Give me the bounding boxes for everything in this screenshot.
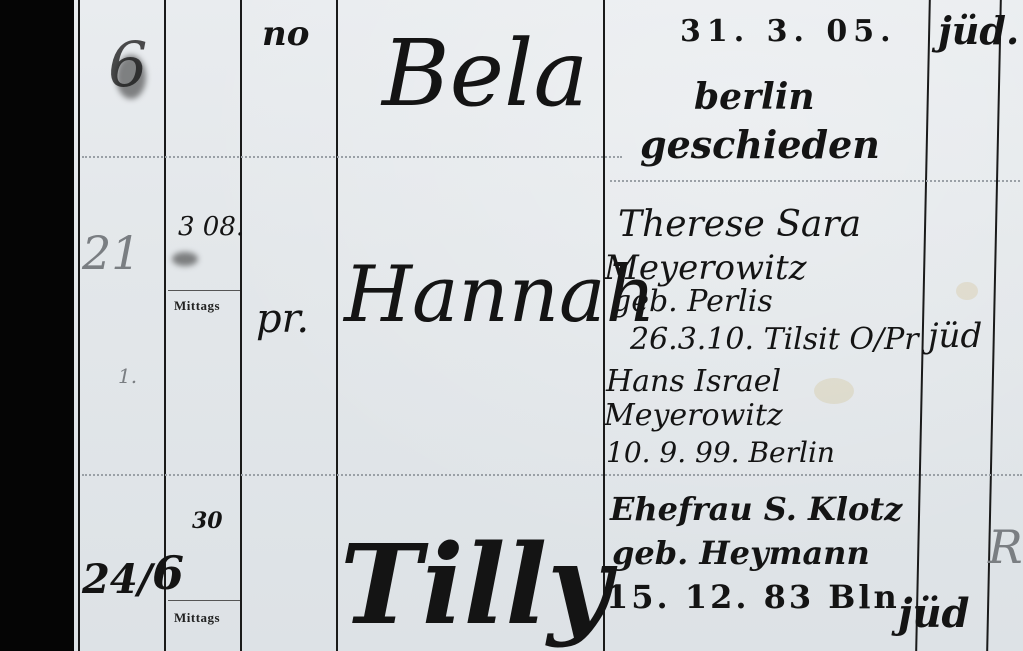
paper-stain — [814, 378, 854, 404]
religion: jüd — [898, 590, 970, 637]
row-separator — [82, 156, 622, 158]
religion: jüd — [928, 316, 982, 356]
note-line: geschieden — [640, 122, 880, 167]
ink-blot — [172, 252, 198, 266]
entry-sub-number: 1. — [118, 364, 137, 388]
entry-number: 21 — [82, 226, 141, 280]
row-separator — [82, 474, 1022, 476]
column-rule — [240, 0, 242, 651]
note-line: 10. 9. 99. Berlin — [606, 436, 835, 469]
note-line: geb. Heymann — [612, 534, 870, 572]
time-subline — [168, 600, 240, 601]
note-line: Meyerowitz — [604, 248, 807, 288]
row-separator — [610, 180, 1020, 182]
margin-mark: R — [988, 520, 1023, 574]
note-line: berlin — [694, 76, 815, 118]
note-line: Hans Israel — [606, 364, 781, 399]
note-line: Ehefrau S. Klotz — [610, 490, 902, 528]
note-line: geb. Perlis — [612, 284, 773, 319]
first-name: Bela — [382, 20, 588, 127]
mittags-label: Mittags — [174, 610, 220, 626]
time-subline — [168, 290, 240, 291]
note-line: Meyerowitz — [604, 398, 783, 433]
time-value: 3 08. — [178, 212, 244, 242]
status-mark: no — [262, 14, 309, 54]
note-line: 26.3.10. Tilsit O/Pr — [630, 322, 919, 357]
religion: jüd. — [938, 8, 1019, 53]
note-line: Therese Sara — [618, 204, 861, 245]
time-minutes: 30 — [192, 508, 223, 534]
entry-number: 24/ — [82, 556, 152, 603]
status-mark: pr. — [256, 296, 309, 342]
column-rule — [78, 0, 80, 651]
entry-number: 6 — [108, 28, 147, 101]
column-rule — [336, 0, 338, 651]
paper-stain — [956, 282, 978, 300]
note-line: 15. 12. 83 Bln — [606, 578, 900, 616]
photo-dark-border — [0, 0, 74, 651]
note-line: 31. 3. 05. — [680, 14, 897, 49]
mittags-label: Mittags — [174, 298, 220, 314]
time-hour: 6 — [152, 546, 184, 600]
first-name: Tilly — [340, 520, 611, 649]
